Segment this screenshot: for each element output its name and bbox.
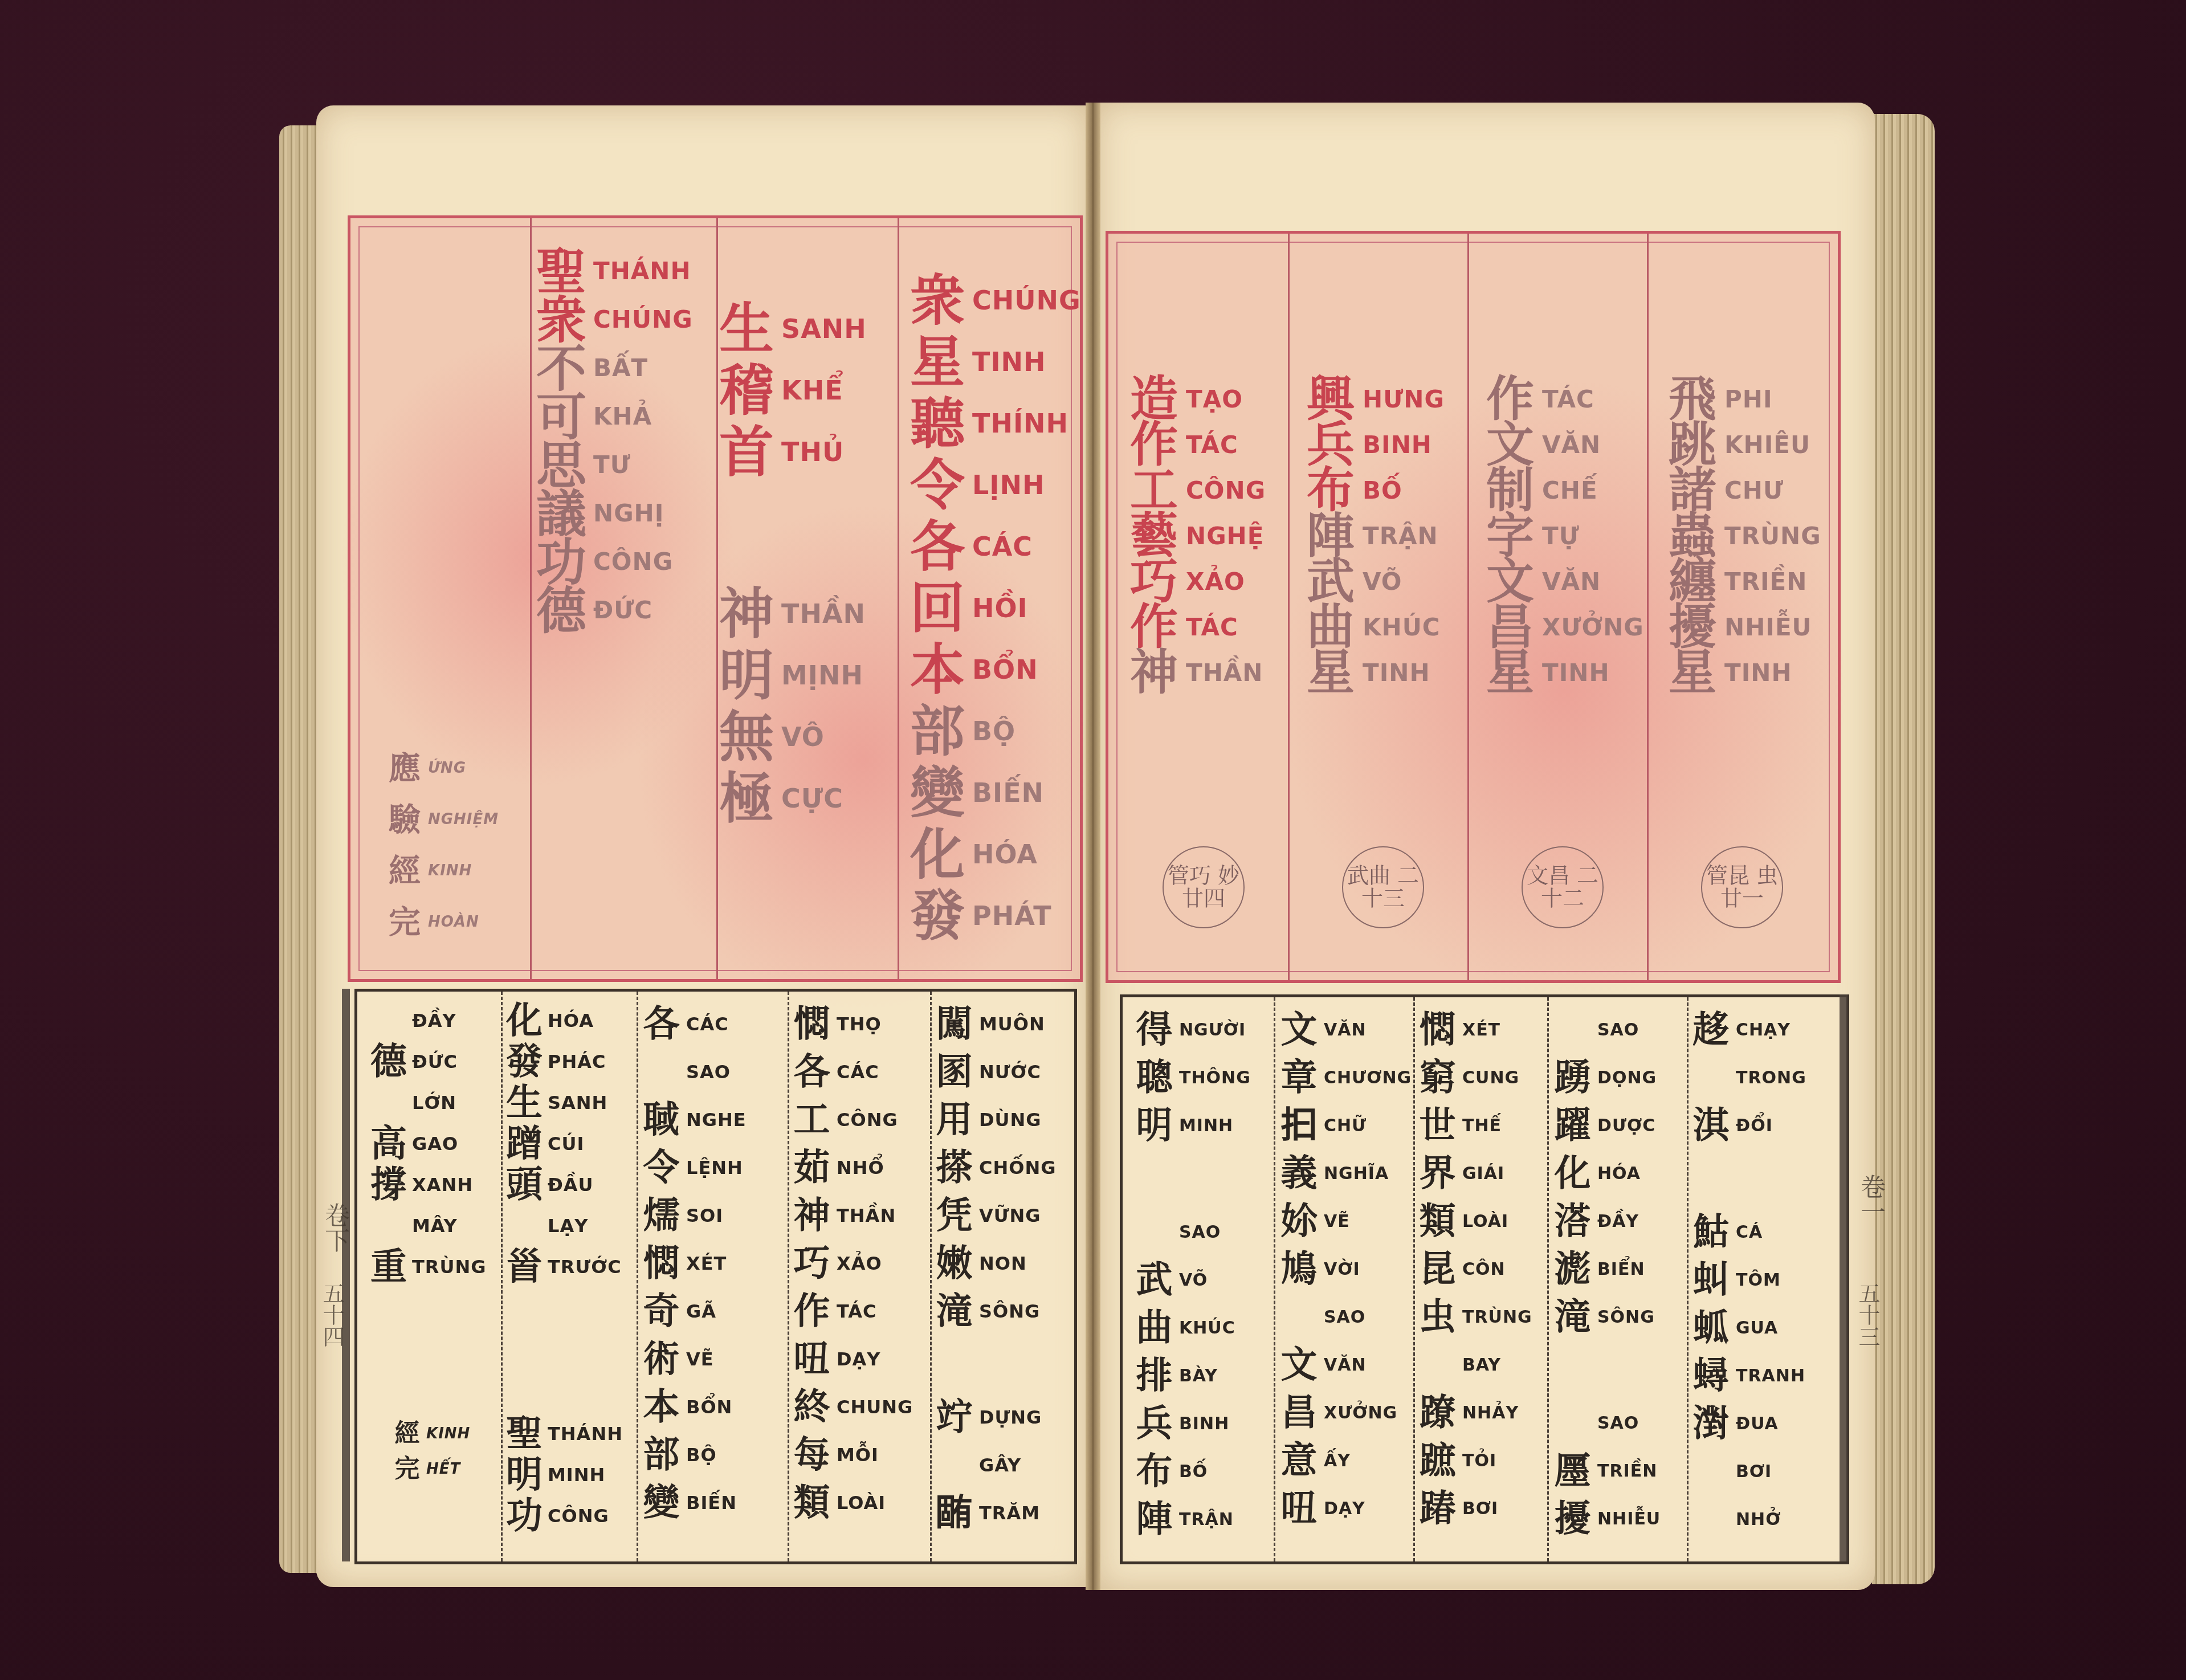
han-char: 本 <box>640 1389 683 1425</box>
han-char: 陣 <box>1133 1501 1176 1538</box>
viet-reading: TINH <box>969 346 1046 377</box>
viet-reading: SAO <box>1594 1020 1639 1040</box>
han-char: 類 <box>790 1485 833 1521</box>
viet-reading: THÍNH <box>969 408 1068 439</box>
viet-reading: SÔNG <box>976 1300 1040 1322</box>
han-char: 變 <box>640 1485 683 1521</box>
han-char: 稽 <box>715 363 778 418</box>
viet-reading: SANH <box>778 313 867 344</box>
han-char: 部 <box>640 1437 683 1473</box>
han-char: 𢱏 <box>1690 1501 1732 1538</box>
viet-reading: TẠO <box>1182 385 1243 413</box>
left-margin-page-number: 五十四 <box>316 1282 348 1347</box>
han-char: 𣇜 <box>1133 1214 1176 1250</box>
viet-reading: DẠY <box>833 1348 881 1370</box>
han-char: 作 <box>790 1293 833 1330</box>
han-char: 蹽 <box>1416 1394 1459 1431</box>
viet-reading: ĐẦU <box>544 1174 594 1196</box>
han-char: 𠖤 <box>369 1208 409 1244</box>
viet-reading: CHUNG <box>833 1396 913 1418</box>
right-lower-col-xet-cung: 㦖XÉT 窮CUNG 世THẾ 界GIÁI 類LOÀI 昆CÔN 虫TRÙNG … <box>1416 1006 1532 1532</box>
viet-reading: VĂN <box>1539 431 1601 459</box>
han-char: 功 <box>504 1498 544 1534</box>
viet-reading: CHỮ <box>1320 1116 1367 1136</box>
viet-reading: GÃ <box>683 1300 716 1322</box>
viet-reading: DÙNG <box>976 1109 1042 1131</box>
viet-reading: MỖI <box>833 1444 879 1466</box>
han-char: 𢌌 <box>369 1002 409 1039</box>
viet-reading: PHI <box>1721 385 1773 413</box>
viet-reading: ĐỨC <box>590 596 652 624</box>
viet-reading: TINH <box>1539 659 1610 687</box>
viet-reading: MINH <box>1176 1116 1233 1136</box>
viet-reading: SAO <box>683 1061 731 1083</box>
viet-reading: BINH <box>1176 1414 1229 1434</box>
han-char: 溚 <box>1551 1203 1594 1239</box>
han-char: 令 <box>640 1149 683 1186</box>
han-char: 𣳔 <box>1690 1453 1732 1490</box>
viet-reading: ĐẦY <box>1594 1212 1639 1232</box>
han-char: 𣎏 <box>933 1495 976 1531</box>
han-char: 踳 <box>1416 1490 1459 1527</box>
viet-reading: TRÙNG <box>1459 1307 1532 1327</box>
viet-reading: THÁNH <box>590 257 691 285</box>
right-upper-col-tac-van: 作TÁC 文VĂN 制CHẾ 字TỰ 文VĂN 昌XƯỞNG 星TINH <box>1482 376 1644 695</box>
viet-reading: SAO <box>1176 1222 1221 1242</box>
viet-reading: THÁNH <box>544 1423 623 1445</box>
han-char: 布 <box>1133 1453 1176 1490</box>
han-char: 𧋃 <box>1416 1347 1459 1383</box>
viet-reading: CÔNG <box>833 1109 898 1131</box>
viet-reading: NƯỚC <box>976 1061 1041 1083</box>
left-upper-col-chung-tinh: 衆CHÚNG 星TINH 聽THÍNH 令LỊNH 各CÁC 回HỒI 本BỔN… <box>906 270 1081 947</box>
han-char: 每 <box>790 1437 833 1473</box>
han-char: 終 <box>790 1389 833 1425</box>
viet-reading: NHỞ <box>1732 1510 1781 1530</box>
han-char: 頭 <box>504 1167 544 1203</box>
seal-stamp-22: 文昌 二十二 <box>1522 846 1604 928</box>
right-lower-col-van-chuong: 文VĂN 章CHƯƠNG 𢪏CHỮ 義NGHĨA 㚷VẼ 鳩VỜI 𣇜SAO 文… <box>1278 1006 1412 1532</box>
viet-reading: LỊNH <box>969 470 1045 500</box>
han-char: 用 <box>933 1102 976 1138</box>
han-char: 令 <box>906 458 969 512</box>
viet-reading: LẠY <box>544 1215 588 1237</box>
han-char: 明 <box>1133 1107 1176 1144</box>
viet-reading: VĂN <box>1539 568 1601 596</box>
viet-reading: LỚN <box>409 1092 456 1114</box>
viet-reading: KHẢ <box>590 402 652 430</box>
han-char: 發 <box>504 1043 544 1080</box>
left-upper-col-sanh-khe-thu: 生SANH 稽KHỂ 首THỦ <box>715 298 867 483</box>
han-char: 巧 <box>790 1245 833 1282</box>
right-margin-bar <box>1840 994 1848 1561</box>
viet-reading: TRẬN <box>1359 522 1438 550</box>
viet-reading: ĐUA <box>1732 1414 1779 1434</box>
han-char: 㚷 <box>1278 1203 1320 1239</box>
han-char: 竚 <box>933 1399 976 1436</box>
right-upper-col-tao-tac: 造TẠO 作TÁC 工CÔNG 藝NGHỆ 巧XẢO 作TÁC 神THẦN <box>1125 376 1266 695</box>
viet-reading: SÔNG <box>1594 1307 1655 1327</box>
han-char: 㦖 <box>1416 1012 1459 1048</box>
viet-reading: VỜI <box>1320 1259 1360 1279</box>
han-char: 㕓 <box>1551 1453 1594 1489</box>
han-char: 世 <box>1416 1107 1459 1144</box>
han-char: 文 <box>1278 1347 1320 1383</box>
viet-reading: NHIỄU <box>1594 1509 1661 1529</box>
han-char: 經 <box>385 855 425 887</box>
viet-reading: VÕ <box>1359 568 1402 596</box>
right-upper-col-phi-khieu: 飛PHI 跳KHIÊU 諸CHƯ 蟲TRÙNG 纏TRIỀN 擾NHIỄU 星T… <box>1664 376 1821 695</box>
han-char: 星 <box>906 335 969 389</box>
left-upper-divider-3 <box>898 218 899 979</box>
han-char: 生 <box>715 301 778 356</box>
viet-reading: TRÙNG <box>1721 522 1821 550</box>
han-char: 神 <box>1125 649 1182 696</box>
han-char: 吜 <box>1278 1490 1320 1527</box>
viet-reading: TÁC <box>833 1300 877 1322</box>
viet-reading: TÔM <box>1732 1270 1781 1290</box>
viet-reading: PHÁT <box>969 900 1052 931</box>
viet-reading: XƯỞNG <box>1320 1403 1397 1423</box>
viet-reading: ĐỔI <box>1732 1116 1773 1136</box>
right-lower-col-chay-trong: 趍CHẠY 𦋦TRONG 淇ĐỔI <box>1690 1006 1806 1149</box>
viet-reading: KHÚC <box>1176 1318 1235 1338</box>
viet-reading: XANH <box>409 1174 473 1196</box>
viet-reading: VỮNG <box>976 1205 1041 1226</box>
han-char: 兵 <box>1133 1405 1176 1442</box>
left-lower-col-muon-nuoc: 闖MUÔN 圂NƯỚC 用DÙNG 搽CHỐNG 凭VỮNG 嫩NON 滝SÔN… <box>933 1000 1057 1335</box>
viet-reading: CHƯƠNG <box>1320 1068 1412 1088</box>
viet-reading: MINH <box>544 1464 605 1486</box>
han-char: 躍 <box>1551 1107 1594 1144</box>
han-char: 義 <box>1278 1155 1320 1192</box>
han-char: 德 <box>533 585 590 635</box>
han-char: 議 <box>533 488 590 539</box>
seal-stamp-23: 武曲 二十三 <box>1342 846 1424 928</box>
viet-reading: BƠI <box>1459 1499 1498 1519</box>
han-char: 吜 <box>790 1341 833 1377</box>
han-char: 驗 <box>385 804 425 835</box>
left-upper-panel: 衆CHÚNG 星TINH 聽THÍNH 令LỊNH 各CÁC 回HỒI 本BỔN… <box>348 215 1083 982</box>
han-char: 衆 <box>906 273 969 328</box>
left-margin-bar <box>342 989 350 1561</box>
han-char: 各 <box>640 1006 683 1042</box>
viet-reading: CÁC <box>833 1061 879 1083</box>
han-char: 回 <box>906 581 969 635</box>
han-char: 闖 <box>933 1006 976 1042</box>
viet-reading: TƯ <box>590 451 631 479</box>
viet-reading: BỔN <box>969 654 1038 685</box>
han-char: 神 <box>790 1197 833 1234</box>
viet-reading: LỆNH <box>683 1157 743 1179</box>
viet-reading: TRÙNG <box>409 1256 487 1278</box>
viet-reading: XÉT <box>683 1253 727 1274</box>
han-char: 可 <box>533 392 590 442</box>
han-char: 𤓢 <box>933 1447 976 1483</box>
book-spine <box>1086 103 1100 1590</box>
viet-reading: VÕ <box>1176 1270 1208 1290</box>
viet-reading: MỊNH <box>778 660 863 691</box>
viet-reading: CÚI <box>544 1133 584 1155</box>
viet-reading: THẦN <box>778 598 866 629</box>
viet-reading: TÁC <box>1539 385 1594 413</box>
han-char: 𣇜 <box>1551 1405 1594 1441</box>
han-char: 意 <box>1278 1442 1320 1479</box>
han-char: 化 <box>504 1002 544 1039</box>
right-upper-divider-3 <box>1647 234 1649 980</box>
viet-reading: ĐẦY <box>409 1010 456 1031</box>
han-char: 排 <box>1133 1357 1176 1394</box>
viet-reading: CHÚNG <box>590 305 693 333</box>
han-char: 極 <box>715 771 778 826</box>
viet-reading: VĂN <box>1320 1020 1367 1040</box>
viet-reading: XÉT <box>1459 1020 1500 1040</box>
viet-reading: DỰNG <box>976 1406 1042 1428</box>
viet-reading: TRANH <box>1732 1366 1805 1386</box>
right-upper-divider-2 <box>1467 234 1469 980</box>
han-char: 蟳 <box>1690 1357 1732 1394</box>
viet-reading: HẾT <box>423 1461 460 1478</box>
viet-reading: PHÁC <box>544 1051 606 1073</box>
han-char: 星 <box>1302 649 1359 696</box>
viet-reading: TRẬN <box>1176 1510 1234 1530</box>
viet-reading: TINH <box>1721 659 1792 687</box>
right-book-edge <box>1872 114 1935 1584</box>
viet-reading: GIÁI <box>1459 1164 1504 1184</box>
viet-reading: GAO <box>409 1133 458 1155</box>
han-char: 衆 <box>533 295 590 345</box>
han-char: 踴 <box>1551 1059 1594 1096</box>
viet-reading: SAO <box>1320 1307 1365 1327</box>
han-char: 神 <box>715 586 778 641</box>
han-char: 趍 <box>1690 1012 1732 1048</box>
han-char: 星 <box>1664 649 1721 696</box>
left-margin-volume-label: 卷下 <box>316 1202 353 1253</box>
viet-reading: KHỂ <box>778 375 843 406</box>
left-lower-colophon-kinh-het: 經KINH 完HẾT <box>391 1416 470 1487</box>
viet-reading: CÁC <box>683 1013 729 1035</box>
viet-reading: CÔN <box>1459 1259 1506 1279</box>
viet-reading: XƯỞNG <box>1539 613 1644 641</box>
seal-stamp-24: 管巧 妙廿四 <box>1163 846 1245 928</box>
viet-reading: TRƯỚC <box>544 1256 622 1278</box>
viet-reading: BỔN <box>683 1396 732 1418</box>
han-char: 嫩 <box>933 1245 976 1282</box>
viet-reading: CHÚNG <box>969 285 1081 316</box>
viet-reading: BƠI <box>1732 1462 1772 1482</box>
viet-reading: NHỔ <box>833 1157 884 1179</box>
viet-reading: SAO <box>1594 1413 1639 1433</box>
viet-reading: TRONG <box>1732 1068 1806 1088</box>
han-char: 章 <box>1278 1059 1320 1096</box>
viet-reading: TỎI <box>1459 1451 1496 1471</box>
viet-reading: KINH <box>423 1425 470 1442</box>
han-char: 無 <box>715 709 778 764</box>
han-char: 聽 <box>906 396 969 451</box>
viet-reading: NGHỆ <box>1182 522 1264 550</box>
viet-reading: THẦN <box>1182 659 1263 687</box>
left-upper-colophon-ung-nghiem: 應ỨNG 驗NGHIỆM 經KINH 完HOÀN <box>385 743 499 948</box>
han-char: 凭 <box>933 1197 976 1234</box>
han-char: 燸 <box>640 1197 683 1234</box>
viet-reading: HÓA <box>1594 1164 1641 1184</box>
viet-reading: VẼ <box>683 1348 714 1370</box>
viet-reading: TRĂM <box>976 1502 1040 1524</box>
han-char: 淇 <box>1690 1107 1732 1144</box>
han-char: 𡘯 <box>369 1084 409 1121</box>
viet-reading: CÔNG <box>590 548 673 576</box>
han-char: 滮 <box>1551 1251 1594 1287</box>
viet-reading: NHẢY <box>1459 1403 1519 1423</box>
viet-reading: CỰC <box>778 783 843 814</box>
left-lower-col-cac-sao: 各CÁC 𣇜SAO 聝NGHE 令LỆNH 燸SOI 㦖XÉT 奇GÃ 術VẼ … <box>640 1000 747 1527</box>
han-char: 聖 <box>533 246 590 296</box>
viet-reading: BINH <box>1359 431 1432 459</box>
han-char: 部 <box>906 704 969 759</box>
han-char: 㦖 <box>790 1006 833 1042</box>
viet-reading: CHẾ <box>1539 476 1598 504</box>
viet-reading: CHƯ <box>1721 476 1784 504</box>
viet-reading: BỘ <box>969 716 1015 747</box>
han-char: 滝 <box>933 1293 976 1330</box>
han-char: 得 <box>1133 1012 1176 1048</box>
han-char: 圂 <box>933 1054 976 1090</box>
viet-reading: TRIỀN <box>1594 1461 1657 1481</box>
viet-reading: NGHĨA <box>1320 1164 1389 1184</box>
han-char: 蹭 <box>504 1126 544 1162</box>
han-char: 經 <box>391 1421 423 1446</box>
viet-reading: BẤT <box>590 354 648 382</box>
han-char: 工 <box>790 1102 833 1138</box>
han-char: 化 <box>906 827 969 882</box>
han-char: 㦖 <box>640 1245 683 1282</box>
viet-reading: TÁC <box>1182 613 1238 641</box>
han-char: 奇 <box>640 1293 683 1330</box>
viet-reading: DƯỢC <box>1594 1116 1655 1136</box>
han-char: 聰 <box>1133 1059 1176 1096</box>
right-lower-col-ca-tom: 鮕CÁ 虯TÔM 蛌GUA 蟳TRANH 濧ĐUA 𣳔BƠI 𢱏NHỞ <box>1690 1208 1805 1543</box>
viet-reading: THẾ <box>1459 1116 1502 1136</box>
left-lower-panel: 𢌌ĐẦY 德ĐỨC 𡘯LỚN 高GAO 撐XANH 𠖤MÂY 重TRÙNG 經K… <box>354 989 1077 1564</box>
viet-reading: LOÀI <box>1459 1212 1508 1232</box>
viet-reading: NON <box>976 1253 1027 1274</box>
han-char: 𢪏 <box>1278 1107 1320 1144</box>
left-upper-col-than-minh: 神THẦN 明MỊNH 無VÔ 極CỰC <box>715 583 866 829</box>
viet-reading: KINH <box>425 862 472 879</box>
han-char: 思 <box>533 440 590 490</box>
viet-reading: CÔNG <box>1182 476 1266 504</box>
viet-reading: TÁC <box>1182 431 1238 459</box>
han-char: 各 <box>906 519 969 574</box>
viet-reading: BỘ <box>683 1444 717 1466</box>
han-char: 鳩 <box>1278 1251 1320 1287</box>
han-char: 本 <box>906 642 969 697</box>
han-char: 生 <box>504 1084 544 1121</box>
han-char: 撐 <box>369 1167 409 1203</box>
viet-reading: BIỂN <box>1594 1259 1645 1279</box>
han-char: 首 <box>715 425 778 479</box>
han-char: 𣇜 <box>1551 1012 1594 1048</box>
viet-reading: CÔNG <box>544 1505 609 1527</box>
viet-reading: ỨNG <box>425 760 466 777</box>
viet-reading: HÓA <box>544 1010 594 1031</box>
left-lower-col-hoa-phac: 化HÓA 發PHÁC 生SANH 蹭CÚI 頭ĐẦU 𢪀LẠY 𩠐TRƯỚC <box>504 1000 622 1287</box>
han-char: 蹠 <box>1416 1442 1459 1479</box>
han-char: 星 <box>1482 649 1539 696</box>
han-char: 高 <box>369 1126 409 1162</box>
viet-reading: THỌ <box>833 1013 882 1035</box>
han-char: 化 <box>1551 1155 1594 1192</box>
viet-reading: BIẾN <box>683 1492 737 1514</box>
viet-reading: TINH <box>1359 659 1430 687</box>
viet-reading: BIẾN <box>969 777 1044 808</box>
viet-reading: NHIỄU <box>1721 613 1812 641</box>
han-char: 𢪀 <box>504 1208 544 1244</box>
han-char: 擾 <box>1551 1500 1594 1537</box>
viet-reading: MÂY <box>409 1215 458 1237</box>
han-char: 應 <box>385 752 425 784</box>
viet-reading: XẢO <box>1182 568 1245 596</box>
han-char: 濧 <box>1690 1405 1732 1442</box>
viet-reading: GUA <box>1732 1318 1778 1338</box>
left-lower-col-dung-gay: 竚DỰNG 𤓢GÂY 𣎏TRĂM <box>933 1393 1042 1537</box>
viet-reading: BAY <box>1459 1355 1501 1375</box>
han-char: 𦋦 <box>1690 1059 1732 1096</box>
han-char: 德 <box>369 1043 409 1080</box>
han-char: 曲 <box>1133 1310 1176 1346</box>
han-char: 虫 <box>1416 1299 1459 1335</box>
viet-reading: THÔNG <box>1176 1068 1251 1088</box>
viet-reading: ẤY <box>1320 1451 1351 1471</box>
viet-reading: NGHỊ <box>590 499 664 527</box>
seal-stamp-21: 管昆 虫廿一 <box>1701 846 1783 928</box>
viet-reading: HƯNG <box>1359 385 1445 413</box>
viet-reading: DẠY <box>1320 1499 1365 1519</box>
han-char: 鮕 <box>1690 1214 1732 1250</box>
right-lower-panel: 得NGƯỜI 聰THÔNG 明MINH 𣇜SAO 武VÕ 曲KHÚC 排BÀY … <box>1120 994 1849 1564</box>
viet-reading: CHỐNG <box>976 1157 1057 1179</box>
han-char: 聖 <box>504 1416 544 1452</box>
viet-reading: XẢO <box>833 1253 882 1274</box>
han-char: 昆 <box>1416 1251 1459 1287</box>
han-char: 蛌 <box>1690 1310 1732 1346</box>
viet-reading: CÁ <box>1732 1222 1763 1242</box>
viet-reading: SANH <box>544 1092 607 1114</box>
right-margin-page-number: 五十三 <box>1852 1282 1883 1347</box>
viet-reading: KHIÊU <box>1721 431 1810 459</box>
viet-reading: BỐ <box>1359 476 1402 504</box>
viet-reading: LOÀI <box>833 1492 886 1514</box>
viet-reading: THỦ <box>778 437 844 467</box>
han-char: 各 <box>790 1054 833 1090</box>
viet-reading: THẦN <box>833 1205 896 1226</box>
left-lower-col-day-duc: 𢌌ĐẦY 德ĐỨC 𡘯LỚN 高GAO 撐XANH 𠖤MÂY 重TRÙNG <box>369 1000 487 1287</box>
left-book-edge <box>279 125 319 1573</box>
han-char: 類 <box>1416 1203 1459 1239</box>
han-char: 茹 <box>790 1149 833 1186</box>
viet-reading: CHẠY <box>1732 1020 1791 1040</box>
han-char: 文 <box>1278 1012 1320 1048</box>
viet-reading: SOI <box>683 1205 723 1226</box>
viet-reading: ĐỨC <box>409 1051 458 1073</box>
viet-reading: TỰ <box>1539 522 1580 550</box>
han-char: 窮 <box>1416 1059 1459 1096</box>
viet-reading: NGHIỆM <box>425 811 499 828</box>
viet-reading: MUÔN <box>976 1013 1045 1035</box>
viet-reading: BÀY <box>1176 1366 1218 1386</box>
viet-reading: KHÚC <box>1359 613 1441 641</box>
left-upper-col-thanh-chung: 聖THÁNH 衆CHÚNG 不BẤT 可KHẢ 思TƯ 議NGHỊ 功CÔNG … <box>533 247 693 634</box>
